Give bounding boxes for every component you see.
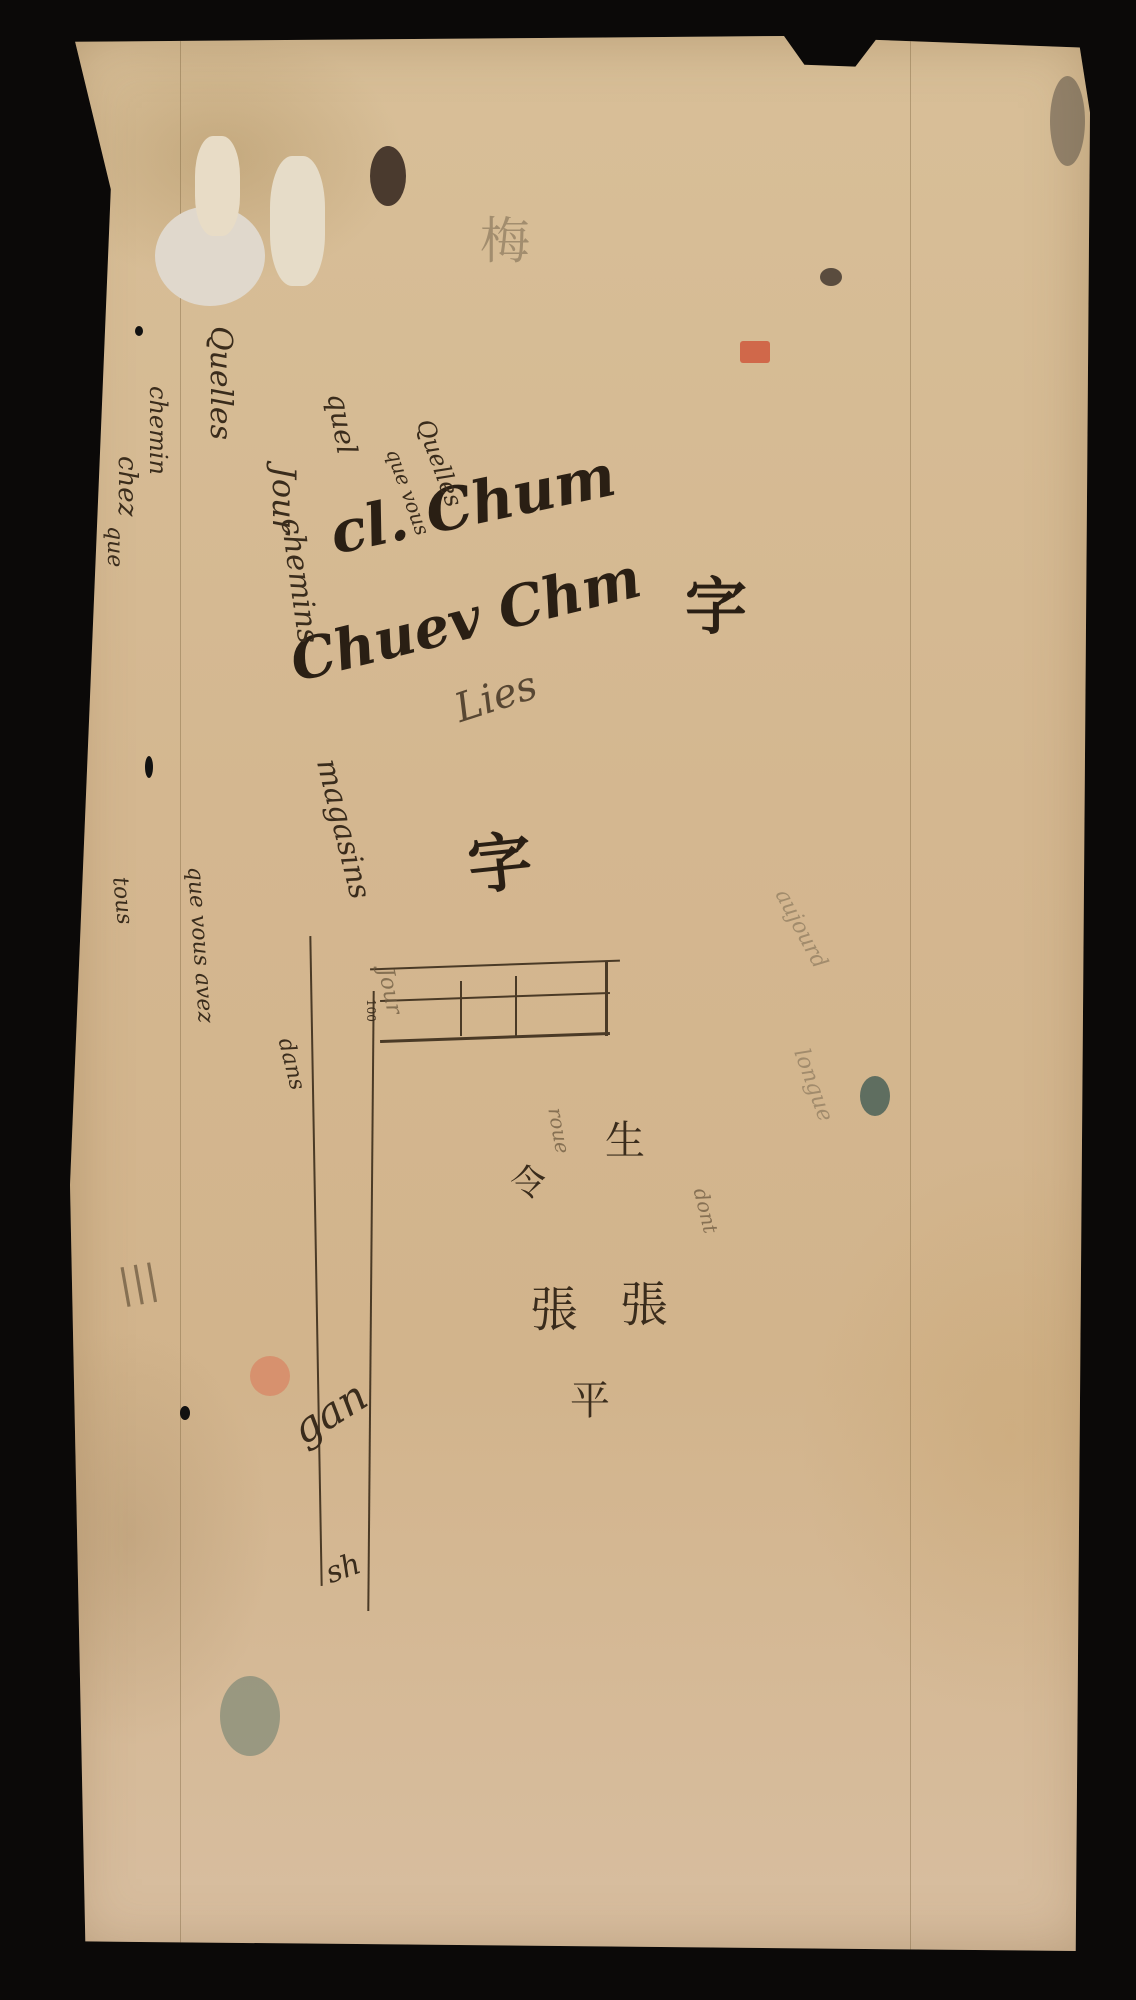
sketch-line-vertical-left xyxy=(309,936,322,1586)
signature-top: cl. Chum xyxy=(325,446,620,563)
green-smudge xyxy=(220,1676,280,1756)
sketch-box-divider xyxy=(515,976,517,1036)
word-chemin: chemin xyxy=(146,386,170,475)
cjk-char-top-right: 字 xyxy=(685,576,747,638)
word-que: que xyxy=(103,526,125,567)
sketch-box-top xyxy=(370,960,620,971)
word-dont: dont xyxy=(691,1186,721,1235)
word-quelles: Quelles xyxy=(205,326,235,440)
tally-marks: ||| xyxy=(115,1259,162,1305)
word-chemins: chemins xyxy=(275,516,322,646)
word-tous: tous xyxy=(108,876,135,926)
pin-hole xyxy=(145,756,153,778)
cjk-char-middle: 字 xyxy=(465,829,535,899)
word-dans: dans xyxy=(274,1036,308,1092)
ink-dot xyxy=(820,268,842,286)
cjk-char-bottom: 平 xyxy=(570,1381,610,1421)
tally-marks-2: //: xyxy=(41,431,74,465)
paper-fold-left xyxy=(180,36,181,1951)
word-jour-small: Jour xyxy=(373,966,404,1016)
word-lies: Lies xyxy=(450,665,542,729)
numerals-box-label: 100 xyxy=(365,999,377,1022)
cjk-char-sheng: 生 xyxy=(605,1121,645,1161)
pin-hole xyxy=(135,326,143,336)
paper-abrasion-white xyxy=(270,156,325,286)
word-roue: roue xyxy=(545,1106,573,1155)
cjk-char-ling: 令 xyxy=(510,1166,546,1202)
sketch-line-vertical-right xyxy=(367,991,374,1611)
red-mark-2 xyxy=(250,1356,290,1396)
word-chez: chez xyxy=(114,456,140,516)
pencil-word-longue: longue xyxy=(789,1046,836,1125)
signature-middle: Chuev Chm xyxy=(285,549,646,690)
cjk-char-zhang-2: 張 xyxy=(620,1281,668,1329)
corner-stain xyxy=(1050,76,1085,166)
word-quel: quel xyxy=(322,391,360,456)
sketch-box-bottom xyxy=(380,1032,610,1043)
green-stain xyxy=(860,1076,890,1116)
word-sh: sh xyxy=(322,1549,365,1589)
word-magasins: magasins xyxy=(311,756,375,902)
manuscript-page: cl. Chum Chuev Chm Lies Quelles que vous… xyxy=(70,36,1090,1951)
red-mark-3 xyxy=(50,566,80,606)
cjk-char-top: 梅 xyxy=(480,216,530,266)
paper-fold-right xyxy=(910,36,911,1951)
sketch-box-divider xyxy=(460,981,462,1036)
red-mark xyxy=(740,341,770,363)
pin-hole xyxy=(180,1406,190,1420)
sketch-box-mid xyxy=(380,992,610,1002)
word-gan: gan xyxy=(285,1374,374,1451)
pencil-word-aujourd: aujourd xyxy=(771,886,831,972)
cjk-char-zhang-1: 張 xyxy=(530,1286,578,1334)
sketch-box-right xyxy=(605,961,608,1036)
ink-blot xyxy=(370,146,406,206)
paper-abrasion-white-2 xyxy=(195,136,240,236)
word-que-vous-avez: que vous avez xyxy=(183,866,216,1024)
